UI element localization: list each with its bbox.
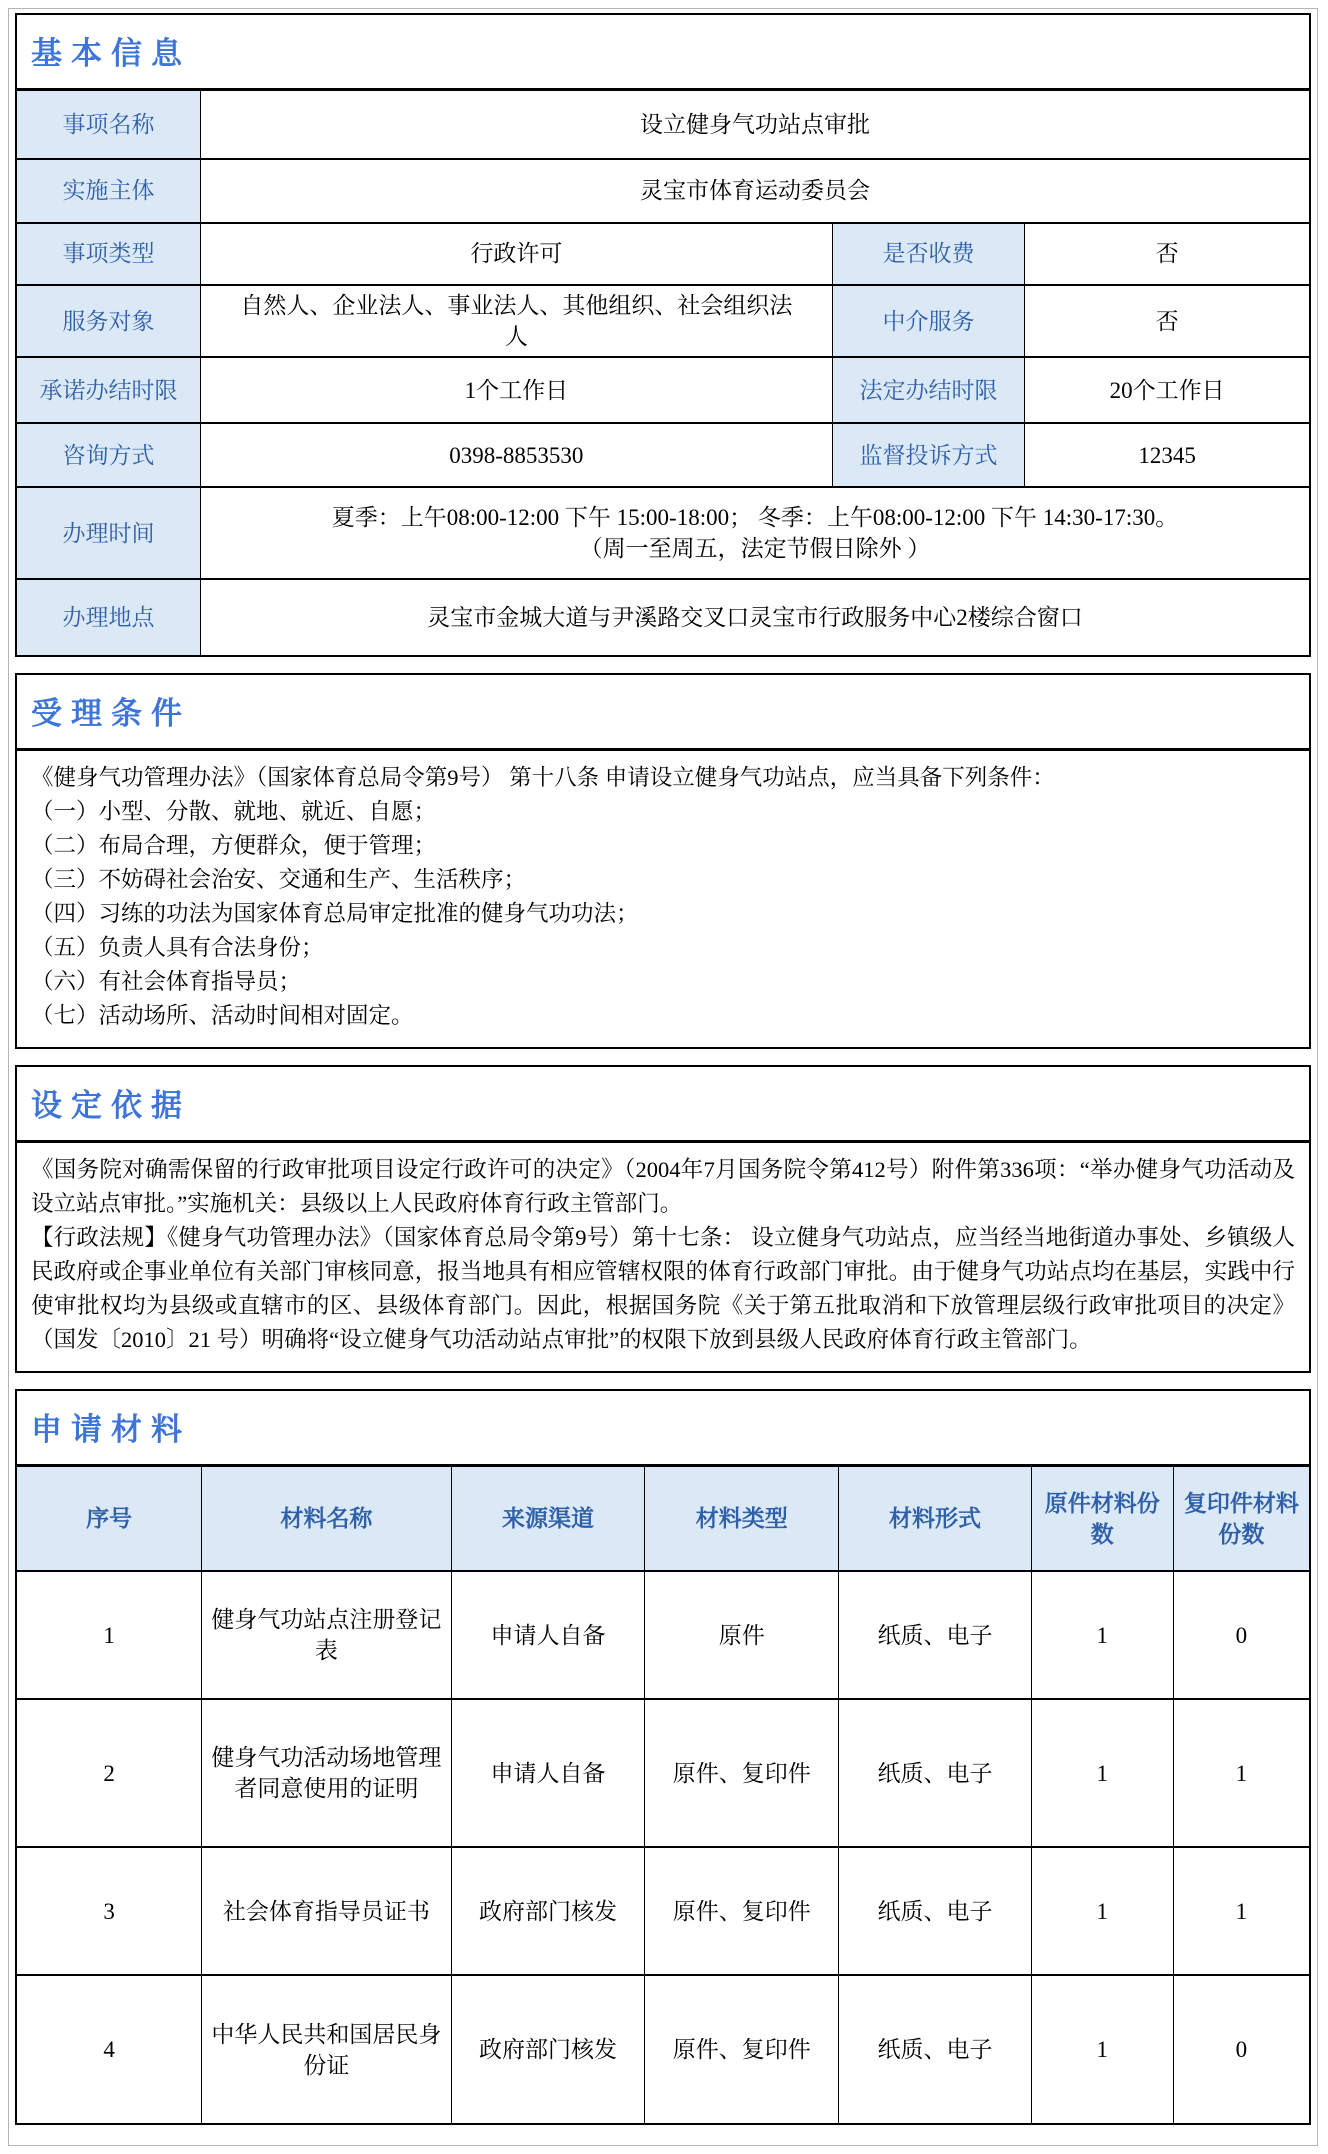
row-type-fee: 事项类型 行政许可 是否收费 否 — [17, 223, 1309, 285]
material-original-count: 1 — [1031, 1847, 1173, 1975]
column-header: 原件材料份数 — [1031, 1467, 1173, 1571]
material-source: 政府部门核发 — [451, 1847, 645, 1975]
column-header: 序号 — [17, 1467, 202, 1571]
material-seq: 4 — [17, 1975, 202, 2123]
field-label: 咨询方式 — [17, 423, 200, 487]
material-row: 1 健身气功站点注册登记表 申请人自备 原件 纸质、电子 1 0 — [17, 1571, 1309, 1699]
field-value: 否 — [1025, 285, 1309, 357]
section-application-materials: 申请材料 序号 材料名称 来源渠道 材料类型 材料形式 原件材料份数 复印件材料… — [15, 1389, 1311, 2125]
material-name: 中华人民共和国居民身份证 — [202, 1975, 451, 2123]
material-source: 申请人自备 — [451, 1699, 645, 1847]
field-label: 是否收费 — [832, 223, 1025, 285]
material-row: 2 健身气功活动场地管理者同意使用的证明 申请人自备 原件、复印件 纸质、电子 … — [17, 1699, 1309, 1847]
field-label: 监督投诉方式 — [832, 423, 1025, 487]
section-basic-info: 基本信息 事项名称 设立健身气功站点审批 实施主体 灵宝市体育运动委员会 事项类… — [15, 13, 1311, 657]
materials-header-row: 序号 材料名称 来源渠道 材料类型 材料形式 原件材料份数 复印件材料份数 — [17, 1467, 1309, 1571]
material-name: 健身气功站点注册登记表 — [202, 1571, 451, 1699]
material-copy-count: 1 — [1173, 1699, 1309, 1847]
material-row: 3 社会体育指导员证书 政府部门核发 原件、复印件 纸质、电子 1 1 — [17, 1847, 1309, 1975]
material-original-count: 1 — [1031, 1975, 1173, 2123]
material-seq: 2 — [17, 1699, 202, 1847]
row-consult-supervise: 咨询方式 0398-8853530 监督投诉方式 12345 — [17, 423, 1309, 487]
basis-paragraph: 【行政法规】《健身气功管理办法》（国家体育总局令第9号）第十七条： 设立健身气功… — [31, 1221, 1295, 1357]
material-type: 原件、复印件 — [645, 1699, 839, 1847]
condition-line: （一）小型、分散、就地、就近、自愿； — [31, 795, 1295, 829]
field-value: 自然人、企业法人、事业法人、其他组织、社会组织法 人 — [200, 285, 832, 357]
material-source: 政府部门核发 — [451, 1975, 645, 2123]
field-value: 20个工作日 — [1025, 357, 1309, 423]
row-item-name: 事项名称 设立健身气功站点审批 — [17, 91, 1309, 159]
row-service-time: 办理时间 夏季：上午08:00-12:00 下午 15:00-18:00； 冬季… — [17, 487, 1309, 579]
field-value: 否 — [1025, 223, 1309, 285]
column-header: 材料名称 — [202, 1467, 451, 1571]
column-header: 复印件材料份数 — [1173, 1467, 1309, 1571]
field-value: 夏季：上午08:00-12:00 下午 15:00-18:00； 冬季：上午08… — [200, 487, 1309, 579]
basis-paragraph: 《国务院对确需保留的行政审批项目设定行政许可的决定》（2004年7月国务院令第4… — [31, 1153, 1295, 1221]
field-label: 中介服务 — [832, 285, 1025, 357]
material-type: 原件 — [645, 1571, 839, 1699]
material-copy-count: 1 — [1173, 1847, 1309, 1975]
material-seq: 3 — [17, 1847, 202, 1975]
condition-line: （三）不妨碍社会治安、交通和生产、生活秩序； — [31, 863, 1295, 897]
material-form: 纸质、电子 — [839, 1571, 1032, 1699]
field-label: 法定办结时限 — [832, 357, 1025, 423]
field-value: 行政许可 — [200, 223, 832, 285]
material-row: 4 中华人民共和国居民身份证 政府部门核发 原件、复印件 纸质、电子 1 0 — [17, 1975, 1309, 2123]
basic-info-table: 事项名称 设立健身气功站点审批 实施主体 灵宝市体育运动委员会 事项类型 行政许… — [17, 91, 1309, 655]
section-acceptance-conditions: 受理条件 《健身气功管理办法》（国家体育总局令第9号） 第十八条 申请设立健身气… — [15, 673, 1311, 1049]
condition-line: （六）有社会体育指导员； — [31, 965, 1295, 999]
materials-table: 序号 材料名称 来源渠道 材料类型 材料形式 原件材料份数 复印件材料份数 1 … — [17, 1467, 1309, 2123]
material-form: 纸质、电子 — [839, 1847, 1032, 1975]
section-legal-basis: 设定依据 《国务院对确需保留的行政审批项目设定行政许可的决定》（2004年7月国… — [15, 1065, 1311, 1373]
material-copy-count: 0 — [1173, 1975, 1309, 2123]
material-original-count: 1 — [1031, 1571, 1173, 1699]
legal-basis-text: 《国务院对确需保留的行政审批项目设定行政许可的决定》（2004年7月国务院令第4… — [17, 1143, 1309, 1371]
row-implementer: 实施主体 灵宝市体育运动委员会 — [17, 159, 1309, 223]
condition-line: （二）布局合理，方便群众，便于管理； — [31, 829, 1295, 863]
page-frame: 基本信息 事项名称 设立健身气功站点审批 实施主体 灵宝市体育运动委员会 事项类… — [8, 8, 1318, 2146]
row-promise-legal: 承诺办结时限 1个工作日 法定办结时限 20个工作日 — [17, 357, 1309, 423]
condition-line: （四）习练的功法为国家体育总局审定批准的健身气功功法； — [31, 897, 1295, 931]
condition-line: （七）活动场所、活动时间相对固定。 — [31, 999, 1295, 1033]
section-title-basis: 设定依据 — [17, 1067, 1309, 1143]
field-label: 实施主体 — [17, 159, 200, 223]
section-title-materials: 申请材料 — [17, 1391, 1309, 1467]
column-header: 来源渠道 — [451, 1467, 645, 1571]
material-form: 纸质、电子 — [839, 1975, 1032, 2123]
field-value: 设立健身气功站点审批 — [200, 91, 1309, 159]
field-value: 12345 — [1025, 423, 1309, 487]
material-form: 纸质、电子 — [839, 1699, 1032, 1847]
row-target-agency: 服务对象 自然人、企业法人、事业法人、其他组织、社会组织法 人 中介服务 否 — [17, 285, 1309, 357]
field-label: 办理地点 — [17, 579, 200, 655]
material-type: 原件、复印件 — [645, 1975, 839, 2123]
field-label: 服务对象 — [17, 285, 200, 357]
field-value: 1个工作日 — [200, 357, 832, 423]
field-value: 灵宝市金城大道与尹溪路交叉口灵宝市行政服务中心2楼综合窗口 — [200, 579, 1309, 655]
material-source: 申请人自备 — [451, 1571, 645, 1699]
material-name: 健身气功活动场地管理者同意使用的证明 — [202, 1699, 451, 1847]
material-name: 社会体育指导员证书 — [202, 1847, 451, 1975]
condition-line: （五）负责人具有合法身份； — [31, 931, 1295, 965]
field-value: 灵宝市体育运动委员会 — [200, 159, 1309, 223]
section-title-basic-info: 基本信息 — [17, 15, 1309, 91]
material-original-count: 1 — [1031, 1699, 1173, 1847]
material-type: 原件、复印件 — [645, 1847, 839, 1975]
row-service-place: 办理地点 灵宝市金城大道与尹溪路交叉口灵宝市行政服务中心2楼综合窗口 — [17, 579, 1309, 655]
section-title-acceptance: 受理条件 — [17, 675, 1309, 751]
column-header: 材料类型 — [645, 1467, 839, 1571]
field-label: 办理时间 — [17, 487, 200, 579]
material-seq: 1 — [17, 1571, 202, 1699]
field-label: 事项名称 — [17, 91, 200, 159]
material-copy-count: 0 — [1173, 1571, 1309, 1699]
condition-line: 《健身气功管理办法》（国家体育总局令第9号） 第十八条 申请设立健身气功站点，应… — [31, 761, 1295, 795]
acceptance-conditions-text: 《健身气功管理办法》（国家体育总局令第9号） 第十八条 申请设立健身气功站点，应… — [17, 751, 1309, 1047]
field-value: 0398-8853530 — [200, 423, 832, 487]
field-label: 事项类型 — [17, 223, 200, 285]
column-header: 材料形式 — [839, 1467, 1032, 1571]
field-label: 承诺办结时限 — [17, 357, 200, 423]
